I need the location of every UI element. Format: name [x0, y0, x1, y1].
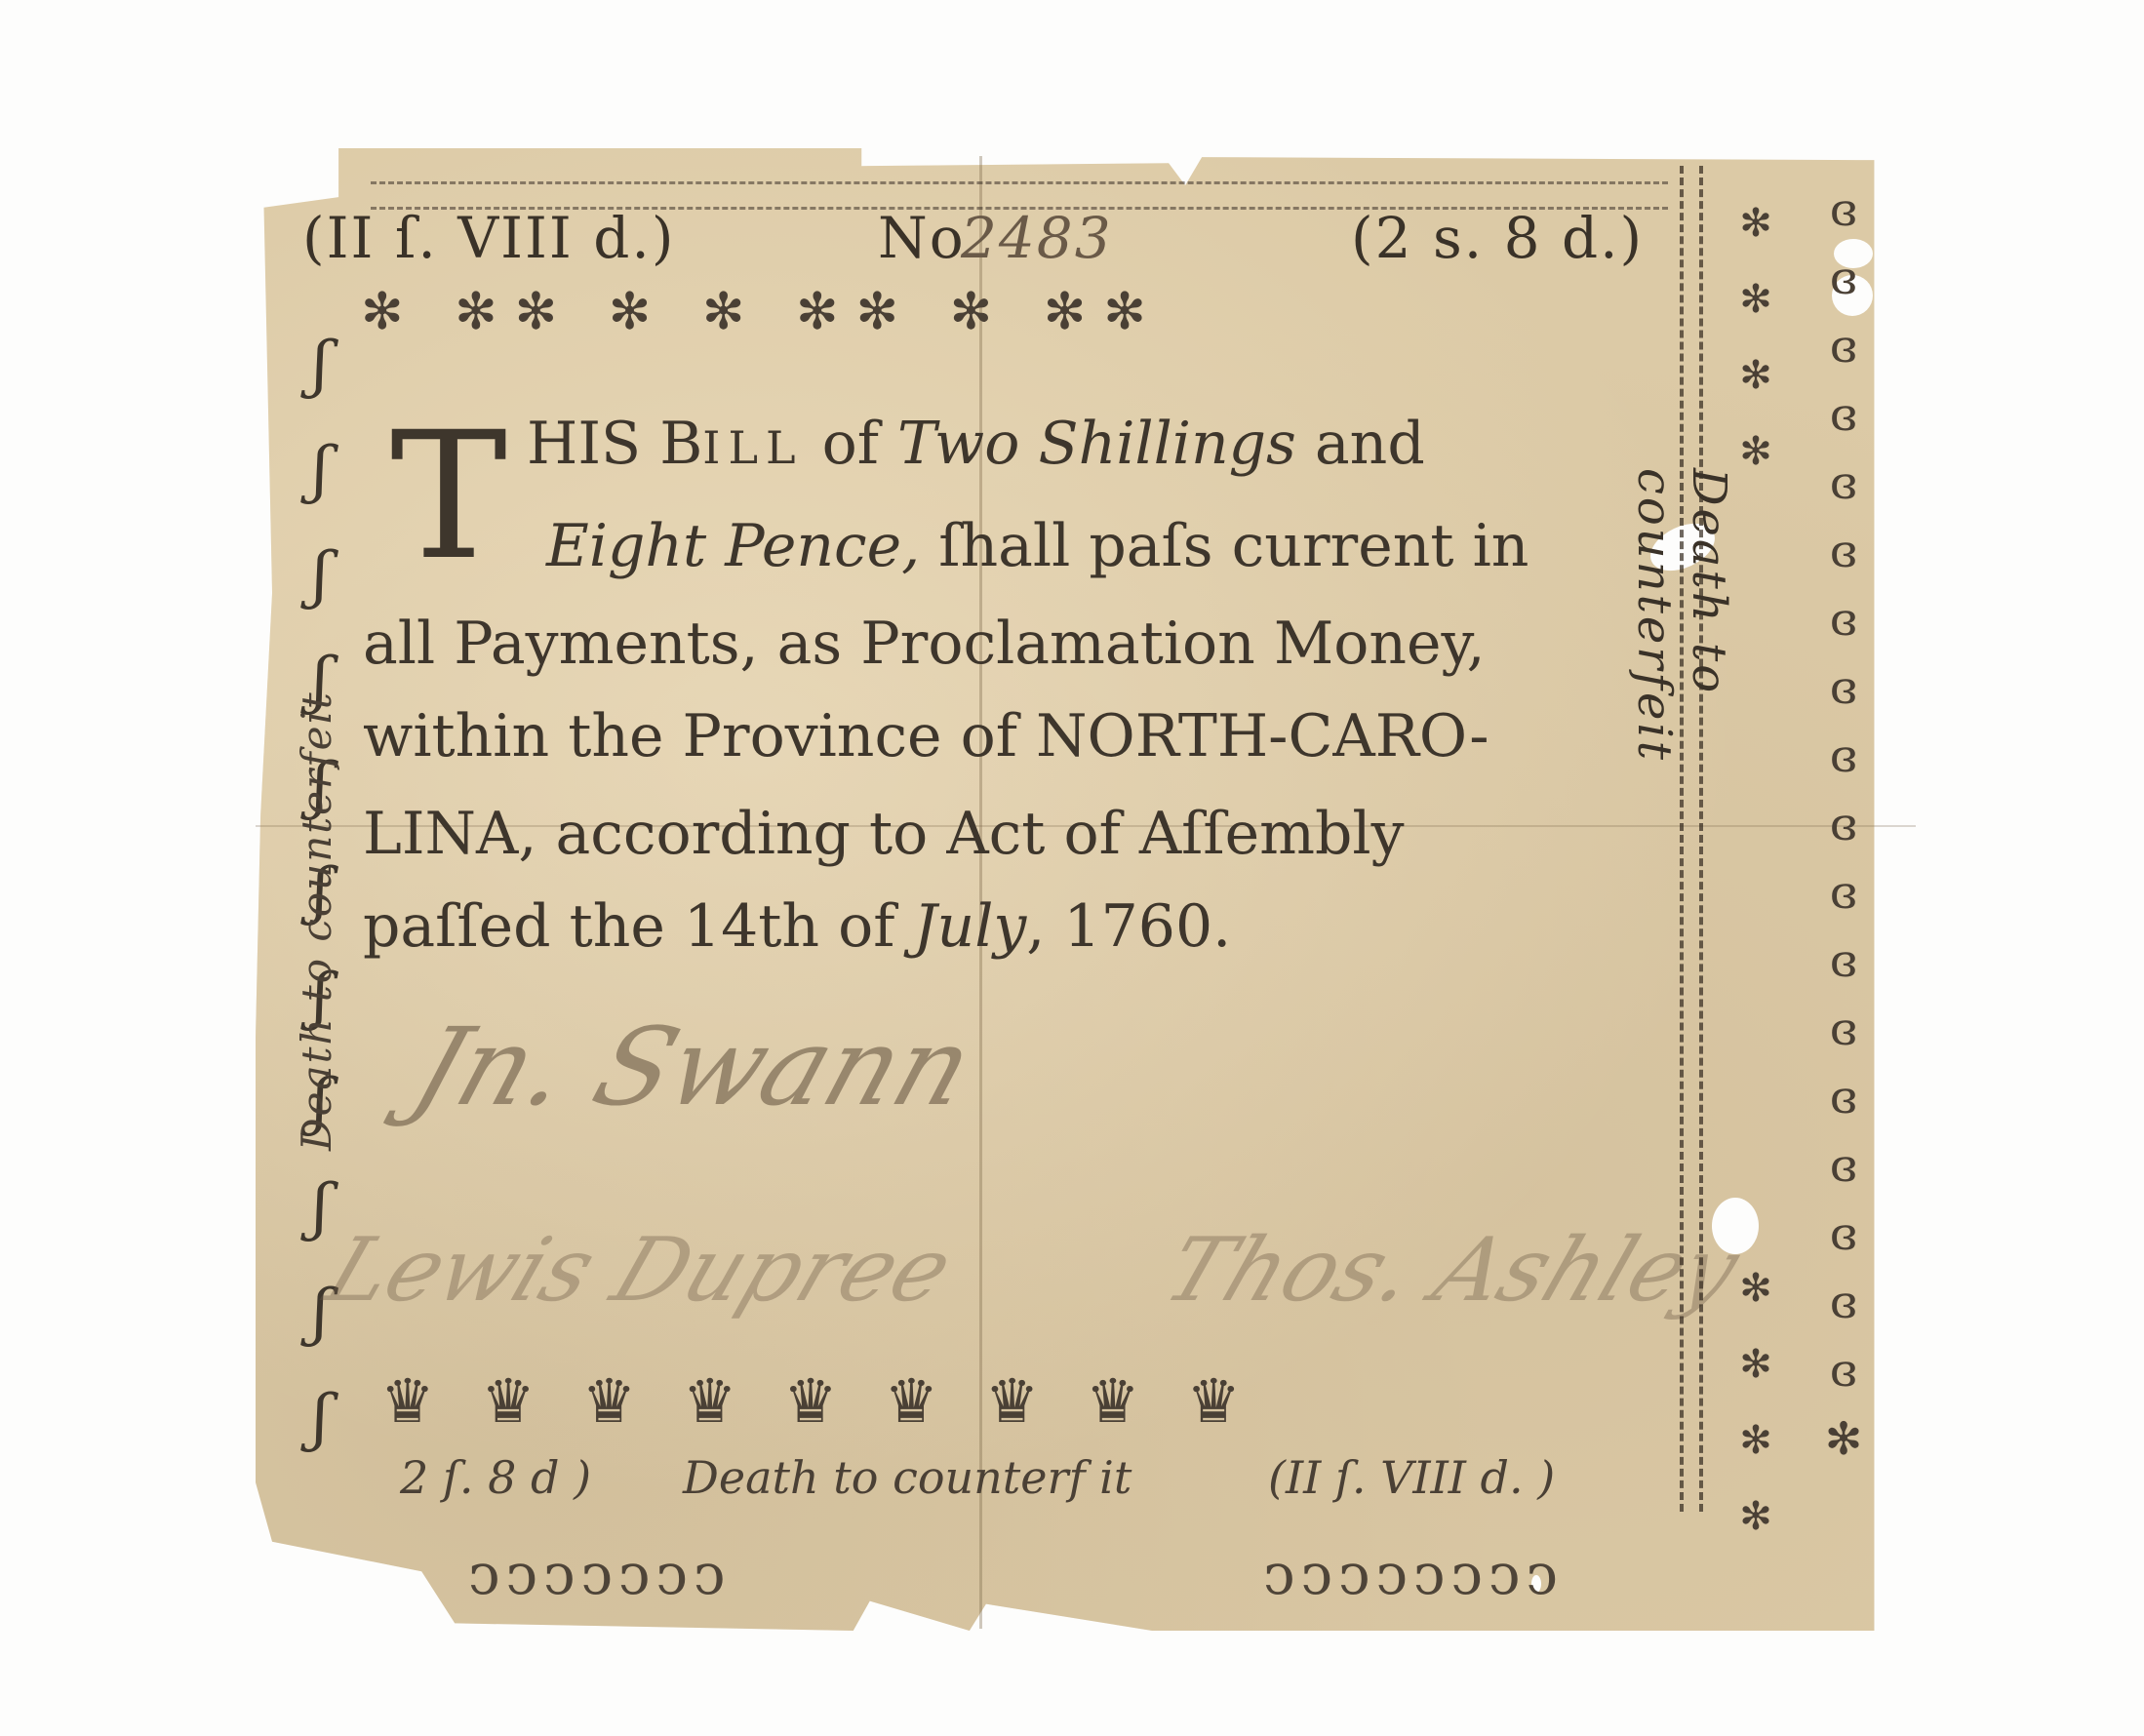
- body-line-6: paſſed the 14th of July, 1760.: [363, 892, 1231, 961]
- floral-ornament-icon: ɞ: [1814, 1268, 1873, 1336]
- star-ornament-icon: ✻: [1727, 1402, 1785, 1479]
- body-text: of: [804, 410, 897, 478]
- body-line-2: Eight Pence, ſhall paſs current in: [546, 512, 1529, 580]
- floral-ornament-icon: ɞ: [1814, 1131, 1873, 1200]
- floral-ornament-icon: ɞ: [1814, 312, 1873, 380]
- floral-ornament-icon: ɞ: [1814, 995, 1873, 1063]
- signature-1: Jn. Swann: [399, 1005, 987, 1129]
- body-text: paſſed the 14th of: [363, 892, 914, 961]
- scroll-ornament-icon: ʃ: [312, 1365, 371, 1471]
- floral-ornament-icon: ɞ: [1814, 449, 1873, 517]
- floral-ornament-icon: ɞ: [1814, 380, 1873, 449]
- body-text-italic: July: [914, 892, 1027, 961]
- star-ornament-icon: ✻: [1727, 261, 1785, 337]
- floral-ornament-icon: ɞ: [1814, 722, 1873, 790]
- floral-ornament-icon: ɞ: [1814, 585, 1873, 653]
- scroll-ornament-icon: ʃ: [312, 523, 371, 628]
- left-margin-warning: Death to counterfeit: [293, 690, 340, 1151]
- body-line-5: LINA, according to Act of Aſſembly: [363, 800, 1405, 868]
- header-number-label: No: [878, 205, 966, 271]
- floral-ornament-icon: ɞ: [1814, 1200, 1873, 1268]
- right-star-column: ✻ ✻ ✻ ✻ ✻ ✻ ✻ ✻: [1727, 185, 1785, 1555]
- floral-ornament-icon: ɞ: [1814, 176, 1873, 244]
- floral-ornament-icon: ɞ: [1814, 1063, 1873, 1131]
- star-ornament-row: ✻ ✻✻ ✻ ✻ ✻✻ ✻ ✻✻: [361, 283, 1164, 341]
- body-text: and: [1296, 410, 1425, 478]
- footer-denomination-left: 2 ſ. 8 d ): [400, 1451, 591, 1504]
- header-serial-number: 2483: [961, 205, 1113, 271]
- star-ornament-icon: ✻: [1727, 1250, 1785, 1326]
- floral-ornament-icon: ɞ: [1814, 517, 1873, 585]
- body-text: ſhall paſs current in: [920, 512, 1529, 580]
- floral-ornament-icon: ɞ: [1814, 244, 1873, 312]
- floral-ornament-icon: ɞ: [1814, 927, 1873, 995]
- header-denomination-arabic: (2 s. 8 d.): [1351, 205, 1644, 271]
- top-border-rule: [371, 181, 1668, 188]
- star-ornament-icon: ✻: [1727, 1479, 1785, 1555]
- star-ornament-icon: ✻: [1727, 185, 1785, 261]
- floral-ornament-icon: ɞ: [1814, 790, 1873, 858]
- body-text-italic: Two Shillings: [897, 410, 1296, 478]
- floral-ornament-icon: ɞ: [1814, 653, 1873, 722]
- footer-denomination-right: (II ſ. VIII d. ): [1268, 1451, 1555, 1504]
- floral-ornament-icon: ɞ: [1814, 1336, 1873, 1404]
- signature-2: Lewis Dupree: [313, 1219, 966, 1322]
- right-margin-warning: Death to counterfeit: [1627, 468, 1736, 876]
- star-ornament-icon: ✻: [1727, 414, 1785, 490]
- body-line-4: within the Province of NORTH-CARO-: [363, 702, 1489, 770]
- body-line-3: all Payments, as Proclamation Money,: [363, 610, 1486, 678]
- right-ornament-column: ɞ ɞ ɞ ɞ ɞ ɞ ɞ ɞ ɞ ɞ ɞ ɞ ɞ ɞ ɞ ɞ ɞ ɞ ✻: [1814, 176, 1873, 1473]
- body-text: HIS B: [527, 410, 702, 478]
- signature-3: Thos. Ashley: [1152, 1219, 1753, 1322]
- star-ornament-icon: ✻: [1727, 337, 1785, 414]
- body-text-smallcaps: ILL: [702, 421, 803, 474]
- scroll-ornament-icon: ʃ: [312, 312, 371, 417]
- crown-ornament-row: ♛ ♛ ♛ ♛ ♛ ♛ ♛ ♛ ♛: [380, 1365, 1254, 1437]
- scroll-ornament-icon: ʃ: [312, 417, 371, 523]
- body-text: , 1760.: [1026, 892, 1231, 961]
- bottom-ornament-row: ↄↄↄↄↄↄↄↄ: [1263, 1541, 1564, 1607]
- drop-cap: T: [390, 410, 507, 585]
- body-text-italic: Eight Pence,: [546, 512, 920, 580]
- sunburst-ornament-icon: ✻: [1814, 1404, 1873, 1473]
- star-ornament-icon: ✻: [1727, 1326, 1785, 1402]
- bottom-ornament-row: ↄↄↄↄↄↄↄ: [468, 1541, 731, 1607]
- footer-warning: Death to counterf it: [683, 1451, 1132, 1504]
- body-line-1: HIS BILL of Two Shillings and: [527, 410, 1425, 478]
- floral-ornament-icon: ɞ: [1814, 858, 1873, 927]
- header-denomination-roman: (II ſ. VIII d.): [302, 205, 675, 271]
